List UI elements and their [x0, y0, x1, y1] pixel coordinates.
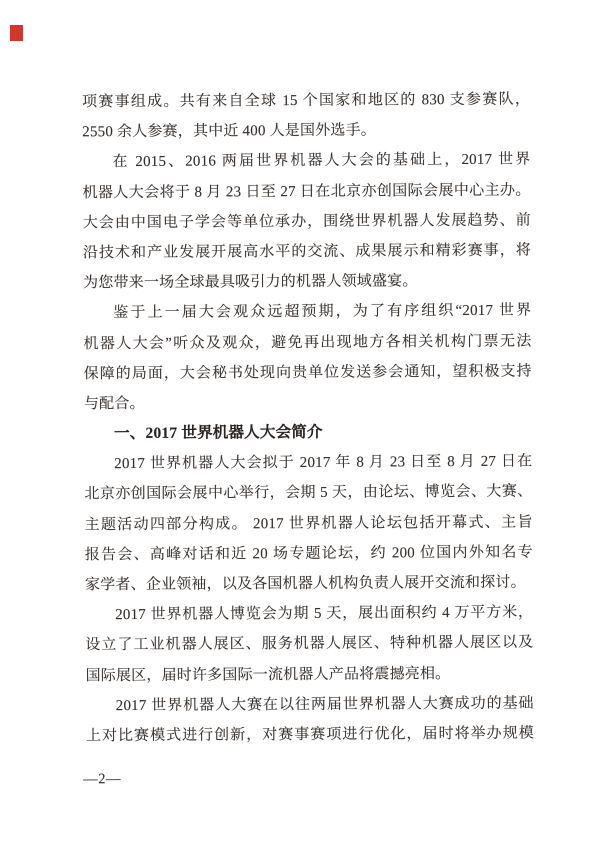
- text-line: 设立了工业机器人展区、服务机器人展区、特种机器人展区以及: [85, 628, 533, 661]
- text-line: 家学者、企业领袖，以及各国机器人机构负责人展开交流和探讨。: [85, 568, 533, 601]
- text-line: 一、2017 世界机器人大会简介: [84, 417, 532, 450]
- text-line: 2017 世界机器人博览会为期 5 天，展出面积约 4 万平方米，: [85, 598, 533, 631]
- scan-tilt-layer: 项赛事组成。共有来自全球 15 个国家和地区的 830 支参赛队，2550 余人…: [0, 0, 595, 842]
- text-line: 鉴于上一届大会观众远超预期，为了有序组织“2017 世界: [83, 296, 531, 329]
- text-line: 机器人大会将于 8 月 23 日至 27 日在北京亦创国际会展中心主办。: [83, 175, 531, 208]
- text-line: 国际展区，届时许多国际一流机器人产品将震撼亮相。: [85, 658, 533, 691]
- text-line: 与配合。: [84, 386, 532, 419]
- text-line: 主题活动四部分构成。 2017 世界机器人论坛包括开幕式、主旨: [85, 507, 533, 540]
- text-line: 沿技术和产业发展开展高水平的交流、成果展示和精彩赛事，将: [83, 236, 531, 269]
- text-line: 为您带来一场全球最具吸引力的机器人领域盛宴。: [83, 266, 531, 299]
- text-line: 大会由中国电子学会等单位承办，围绕世界机器人发展趋势、前: [83, 205, 531, 238]
- text-line: 报告会、高峰对话和近 20 场专题论坛，约 200 位国内外知名专: [85, 537, 533, 570]
- text-line: 上对比赛模式进行创新，对赛事赛项进行优化，届时将举办规模: [86, 718, 534, 751]
- text-line: 机器人大会”听众及观众，避免再出现地方各相关机构门票无法: [83, 326, 531, 359]
- text-line: 2017 世界机器人大会拟于 2017 年 8 月 23 日至 8 月 27 日…: [84, 447, 532, 480]
- text-line: 保障的局面，大会秘书处现向贵单位发送参会通知，望积极支持: [84, 356, 532, 389]
- text-line: 项赛事组成。共有来自全球 15 个国家和地区的 830 支参赛队，: [82, 85, 530, 118]
- text-line: 2550 余人参赛，其中近 400 人是国外选手。: [82, 115, 530, 148]
- text-line: 2017 世界机器人大赛在以往两届世界机器人大赛成功的基础: [86, 688, 534, 721]
- text-line: 北京亦创国际会展中心举行，会期 5 天，由论坛、博览会、大赛、: [84, 477, 532, 510]
- document-body: 项赛事组成。共有来自全球 15 个国家和地区的 830 支参赛队，2550 余人…: [82, 85, 534, 752]
- text-line: 在 2015、2016 两届世界机器人大会的基础上，2017 世界: [82, 145, 530, 178]
- document-page: 项赛事组成。共有来自全球 15 个国家和地区的 830 支参赛队，2550 余人…: [0, 0, 595, 842]
- page-number: —2—: [83, 771, 121, 788]
